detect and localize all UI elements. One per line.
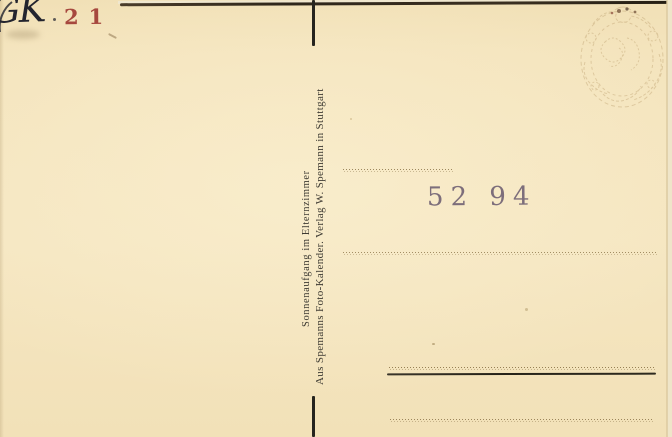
pencil-smudge [6, 30, 40, 39]
divider-line-bottom [312, 396, 315, 437]
address-rule-2 [343, 252, 658, 255]
address-rule-3-dots [389, 367, 656, 370]
address-rule-3-underline [387, 373, 656, 376]
control-number-stamp: 52 94 [427, 182, 537, 213]
paper-speck [432, 343, 435, 345]
divider-line-top [312, 0, 315, 46]
handwritten-initials: GK [0, 0, 45, 32]
address-rule-1 [343, 169, 454, 172]
stray-ink-dash [108, 33, 117, 39]
handwritten-period-dot [53, 18, 56, 21]
postcard-back: GK 21 Sonnena [0, 0, 672, 437]
card-left-edge-shade [0, 0, 4, 437]
paper-speck [525, 308, 528, 311]
paper-speck [350, 118, 352, 120]
caption-title: Sonnenaufgang im Elternzimmer [301, 170, 312, 327]
publisher-line: Aus Spemanns Foto-Kalender. Verlag W. Sp… [314, 88, 326, 385]
red-number-stamp: 21 [64, 4, 113, 29]
embossed-crest-stamp-icon [575, 2, 671, 114]
address-rule-4 [390, 419, 653, 422]
